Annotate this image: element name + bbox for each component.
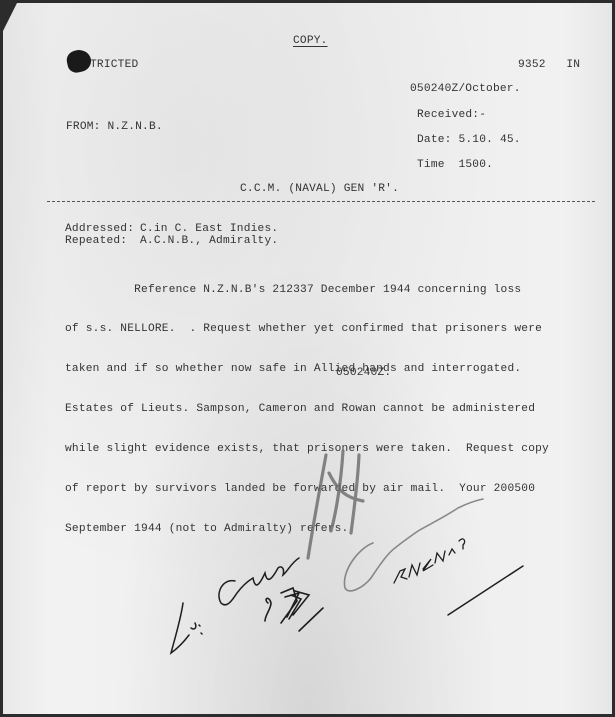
date-line: Date: 5.10. 45. bbox=[417, 134, 521, 146]
body-line: Reference N.Z.N.B's 212337 December 1944… bbox=[65, 284, 549, 297]
message-number: 9352 IN bbox=[518, 59, 580, 71]
repeated-value: A.C.N.B., Admiralty. bbox=[140, 235, 278, 247]
ink-blot bbox=[65, 48, 93, 75]
body-line: Estates of Lieuts. Sampson, Cameron and … bbox=[65, 403, 549, 416]
ink-stroke bbox=[448, 566, 523, 615]
addressed-value: C.in C. East Indies. bbox=[140, 223, 278, 235]
time-line: Time 1500. bbox=[417, 159, 493, 171]
addressed-label: Addressed: bbox=[65, 223, 134, 235]
handwriting-initials bbox=[265, 588, 323, 631]
body-line: while slight evidence exists, that priso… bbox=[65, 443, 549, 456]
date-time-group: 050240Z/October. bbox=[410, 83, 521, 95]
dashed-divider bbox=[47, 201, 595, 202]
body-line: of report by survivors landed be forward… bbox=[65, 483, 549, 496]
message-body: Reference N.Z.N.B's 212337 December 1944… bbox=[65, 257, 549, 563]
body-line: taken and if so whether now safe in Alli… bbox=[65, 363, 549, 376]
classification-label: TRICTED bbox=[90, 59, 138, 71]
body-line: of s.s. NELLORE. . Request whether yet c… bbox=[65, 323, 549, 336]
repeated-label: Repeated: bbox=[65, 235, 127, 247]
copy-heading: COPY. bbox=[293, 35, 328, 47]
received-label: Received:- bbox=[417, 109, 486, 121]
handwriting-lt-ewan bbox=[171, 558, 299, 653]
circulation-header: C.C.M. (NAVAL) GEN 'R'. bbox=[240, 183, 399, 195]
document-page: COPY. TRICTED 9352 IN 050240Z/October. R… bbox=[3, 3, 612, 714]
closing-dtg: 050240Z. bbox=[336, 367, 391, 379]
body-line: September 1944 (not to Admiralty) refers… bbox=[65, 523, 549, 536]
from-line: FROM: N.Z.N.B. bbox=[66, 121, 163, 133]
